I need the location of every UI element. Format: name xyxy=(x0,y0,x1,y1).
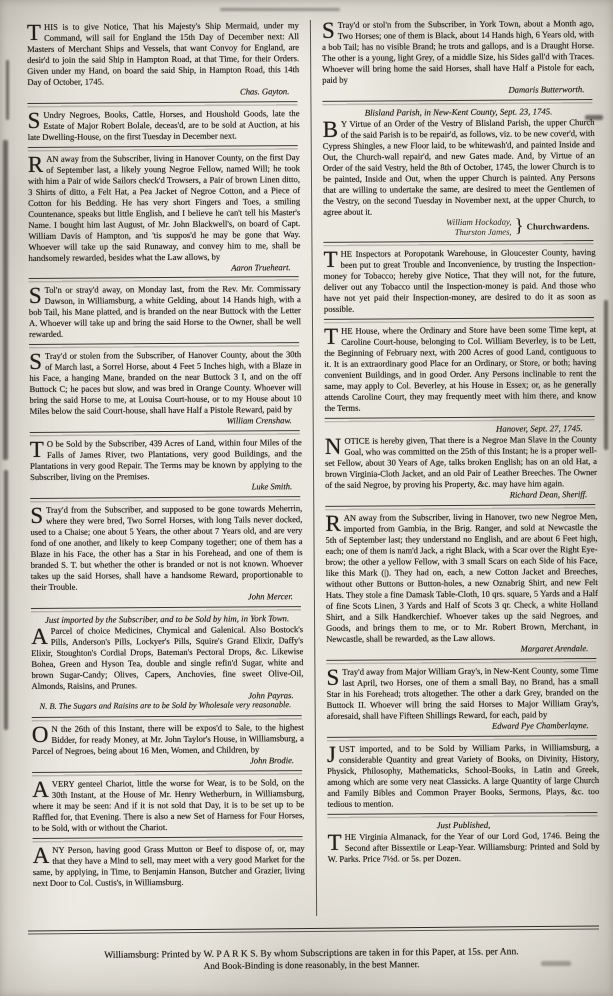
drop-cap-letter: A xyxy=(32,778,52,798)
ad-text: O be Sold by the Subscriber, 439 Acres o… xyxy=(30,437,302,482)
ad-poropotank-inspectors: THE Inspectors at Poropotank Warehouse, … xyxy=(323,247,595,315)
ad-signature: Aaron Trueheart. xyxy=(29,262,301,275)
signature-names: William Hockaday,Thurston James, xyxy=(446,216,512,237)
scan-artifact-left-edge-2 xyxy=(4,470,8,730)
ad-divider-rule xyxy=(31,606,301,611)
ad-text: HIS is to give Notice, That his Majesty'… xyxy=(27,20,299,87)
drop-cap-letter: T xyxy=(324,326,341,346)
ad-text: OTICE is hereby given, That there is a N… xyxy=(325,434,597,490)
drop-cap-letter: O xyxy=(32,724,52,744)
page-content: THIS is to give Notice, That his Majesty… xyxy=(27,18,600,918)
ad-body-text: BY Virtue of an Order of the Vestry of B… xyxy=(323,117,596,218)
ad-divider-rule xyxy=(27,101,297,106)
drop-cap-letter: S xyxy=(29,285,45,305)
drop-cap-letter: S xyxy=(326,667,342,687)
ad-estate-auction: SUndry Negroes, Books, Cattle, Horses, a… xyxy=(27,108,299,143)
drop-cap-letter: S xyxy=(322,20,338,40)
ad-divider-rule xyxy=(29,343,299,348)
drop-cap-letter: J xyxy=(327,743,339,763)
ad-body-text: STol'n or stray'd away, on Monday last, … xyxy=(29,284,301,341)
ad-text: Tray'd or stolen from the Subscriber, of… xyxy=(29,350,301,417)
drop-cap-letter: A xyxy=(31,626,51,646)
ad-text: UST imported, and to be Sold by William … xyxy=(327,742,599,809)
newspaper-scan-page: THIS is to give Notice, That his Majesty… xyxy=(0,0,613,996)
drop-cap-letter: N xyxy=(325,436,345,456)
ad-body-text: STray'd or stolen from the Subscriber, o… xyxy=(29,350,301,418)
ad-mutton-beef-market: ANY Person, having good Grass Mutton or … xyxy=(33,843,305,889)
drop-cap-letter: B xyxy=(323,119,341,139)
ad-divider-rule xyxy=(326,658,596,663)
column-right: STray'd or stol'n from the Subscriber, i… xyxy=(322,18,600,916)
ad-caroline-ordinary-to-lett: THE House, where the Ordinary and Store … xyxy=(324,324,597,414)
scan-artifact-right-edge-1 xyxy=(604,300,608,450)
ad-text: NY Person, having good Grass Mutton or B… xyxy=(33,843,305,888)
signature-role: Churchwardens. xyxy=(527,221,590,231)
ad-heading: Just Published, xyxy=(327,819,599,831)
ad-text: Tol'n or stray'd away, on Monday last, f… xyxy=(29,284,301,340)
ad-signature: Luke Smith. xyxy=(30,481,302,494)
ad-divider-rule xyxy=(323,240,593,245)
drop-cap-letter: T xyxy=(323,249,340,269)
ad-divider-rule xyxy=(325,416,595,421)
ad-body-text: THE Virginia Almanack, for the Year of o… xyxy=(328,830,600,865)
ad-runaway-will: RAN away from the Subscriber, living in … xyxy=(28,152,301,275)
scan-artifact-left-edge-1 xyxy=(3,140,8,460)
ad-strayed-york-town: STray'd or stol'n from the Subscriber, i… xyxy=(322,18,595,97)
ad-body-text: NOTICE is hereby given, That there is a … xyxy=(325,434,597,491)
ad-signature: Chas. Gayton. xyxy=(27,86,299,99)
ad-divider-rule xyxy=(28,145,298,150)
signature-name: Thurston James, xyxy=(446,227,511,238)
drop-cap-letter: S xyxy=(27,110,43,130)
ad-body-text: JUST imported, and to be Sold by William… xyxy=(327,742,599,810)
ad-body-text: STray'd or stol'n from the Subscriber, i… xyxy=(322,18,594,86)
ad-body-text: AParcel of choice Medicines, Chymical an… xyxy=(31,624,303,692)
ad-negroes-sale-26th: ON the 26th of this Instant, there will … xyxy=(32,722,304,768)
drop-cap-letter: R xyxy=(325,513,343,533)
ad-divider-rule xyxy=(324,317,594,322)
ad-text: HE Inspectors at Poropotank Warehouse, i… xyxy=(324,247,596,314)
ad-postscript: N. B. The Sugars and Raisins are to be S… xyxy=(32,700,304,712)
drop-cap-letter: R xyxy=(28,154,46,174)
ad-strayed-sorrel: STray'd or stolen from the Subscriber, o… xyxy=(29,350,302,429)
ad-signature: Edward Pye Chamberlayne. xyxy=(327,720,599,733)
ad-signature: Damaris Butterworth. xyxy=(322,84,594,97)
ad-land-sale-439-acres: TO be Sold by the Subscriber, 439 Acres … xyxy=(30,437,302,494)
ad-body-text: ANY Person, having good Grass Mutton or … xyxy=(33,843,305,889)
brace-glyph: } xyxy=(514,218,523,236)
ad-divider-rule xyxy=(30,430,300,435)
ad-strayed-two-sorrels: STray'd from the Subscriber, and suppose… xyxy=(30,503,303,604)
ad-body-text: AVERY genteel Chariot, little the worse … xyxy=(32,777,304,834)
ad-county-goal-notice: Hanover, Sept. 27, 1745.NOTICE is hereby… xyxy=(325,423,598,502)
printer-imprint: Williamsburg: Printed by W. P A R K S. B… xyxy=(20,945,603,972)
ad-text: AN away from the Subscriber, living in H… xyxy=(325,511,598,644)
ad-books-william-parks: JUST imported, and to be Sold by William… xyxy=(327,742,599,810)
ad-text: HE House, where the Ordinary and Store h… xyxy=(324,324,596,413)
ad-divider-rule xyxy=(32,715,302,720)
ad-divider-rule xyxy=(33,836,303,841)
scan-artifact-left-edge-3 xyxy=(6,60,9,120)
ad-virginia-almanack: Just Published,THE Virginia Almanack, fo… xyxy=(327,819,599,865)
ad-text: Tray'd away from Major William Gray's, i… xyxy=(327,665,599,721)
ad-runaway-gambia-men: RAN away from the Subscriber, living in … xyxy=(325,511,598,656)
ad-divider-rule xyxy=(327,735,597,740)
ad-blisland-parish-vestry: Blisland Parish, in New-Kent County, Sep… xyxy=(322,106,595,239)
footer-rule xyxy=(28,926,599,935)
ad-text: Tray'd or stol'n from the Subscriber, in… xyxy=(322,18,594,85)
ad-mermaid-convoy: THIS is to give Notice, That his Majesty… xyxy=(27,20,300,99)
ad-divider-rule xyxy=(30,496,300,501)
scan-artifact-top-dash xyxy=(220,8,340,11)
ad-text: HE Virginia Almanack, for the Year of ou… xyxy=(328,830,600,864)
ad-text: Parcel of choice Medicines, Chymical and… xyxy=(31,624,303,691)
churchwardens-signature-block: William Hockaday,Thurston James,}Churchw… xyxy=(323,216,595,239)
drop-cap-letter: T xyxy=(328,831,345,851)
ad-signature: William Crenshaw. xyxy=(30,416,302,429)
ad-body-text: SUndry Negroes, Books, Cattle, Horses, a… xyxy=(27,108,299,143)
ad-divider-rule xyxy=(322,99,592,104)
ad-text: Y Virtue of an Order of the Vestry of Bl… xyxy=(323,117,595,217)
ad-body-text: TO be Sold by the Subscriber, 439 Acres … xyxy=(30,437,302,483)
ad-body-text: STray'd from the Subscriber, and suppose… xyxy=(30,503,303,593)
ad-body-text: STray'd away from Major William Gray's, … xyxy=(326,665,598,722)
drop-cap-letter: S xyxy=(30,505,46,525)
ad-signature: Richard Dean, Sheriff. xyxy=(325,489,597,502)
ad-medicines-york-town: Just imported by the Subscriber, and to … xyxy=(31,613,304,713)
ad-text: N the 26th of this Instant, there will b… xyxy=(32,722,304,756)
ad-body-text: THE House, where the Ordinary and Store … xyxy=(324,324,597,414)
ad-divider-rule xyxy=(29,277,299,282)
drop-cap-letter: T xyxy=(30,439,47,459)
signature-name: William Hockaday, xyxy=(446,216,511,227)
ad-text: VERY genteel Chariot, little the worse f… xyxy=(32,777,304,833)
drop-cap-letter: A xyxy=(33,844,53,864)
column-divider xyxy=(310,20,317,916)
ad-stolen-gelding: STol'n or stray'd away, on Monday last, … xyxy=(29,284,301,341)
ad-heading: Just imported by the Subscriber, and to … xyxy=(31,613,303,625)
ad-genteel-chariot: AVERY genteel Chariot, little the worse … xyxy=(32,777,304,834)
ad-strayed-gray-horses: STray'd away from Major William Gray's, … xyxy=(326,665,598,733)
ad-body-text: THIS is to give Notice, That his Majesty… xyxy=(27,20,299,88)
ad-signature: John Brodie. xyxy=(32,755,304,768)
drop-cap-letter: T xyxy=(27,22,44,42)
ad-divider-rule xyxy=(325,504,595,509)
drop-cap-letter: S xyxy=(29,351,45,371)
ad-text: AN away from the Subscriber, living in H… xyxy=(28,152,301,263)
ad-body-text: RAN away from the Subscriber, living in … xyxy=(28,152,301,264)
ad-divider-rule xyxy=(32,770,302,775)
ad-signature: John Mercer. xyxy=(31,591,303,604)
ad-divider-rule xyxy=(327,812,597,817)
ad-heading: Blisland Parish, in New-Kent County, Sep… xyxy=(322,106,594,118)
column-left: THIS is to give Notice, That his Majesty… xyxy=(27,20,305,918)
ad-signature: Margaret Arendale. xyxy=(326,643,598,656)
ad-text: Undry Negroes, Books, Cattle, Horses, an… xyxy=(28,108,300,142)
ad-body-text: ON the 26th of this Instant, there will … xyxy=(32,722,304,757)
ad-body-text: RAN away from the Subscriber, living in … xyxy=(325,511,598,645)
ad-text: Tray'd from the Subscriber, and supposed… xyxy=(30,503,302,592)
ad-body-text: THE Inspectors at Poropotank Warehouse, … xyxy=(323,247,595,315)
